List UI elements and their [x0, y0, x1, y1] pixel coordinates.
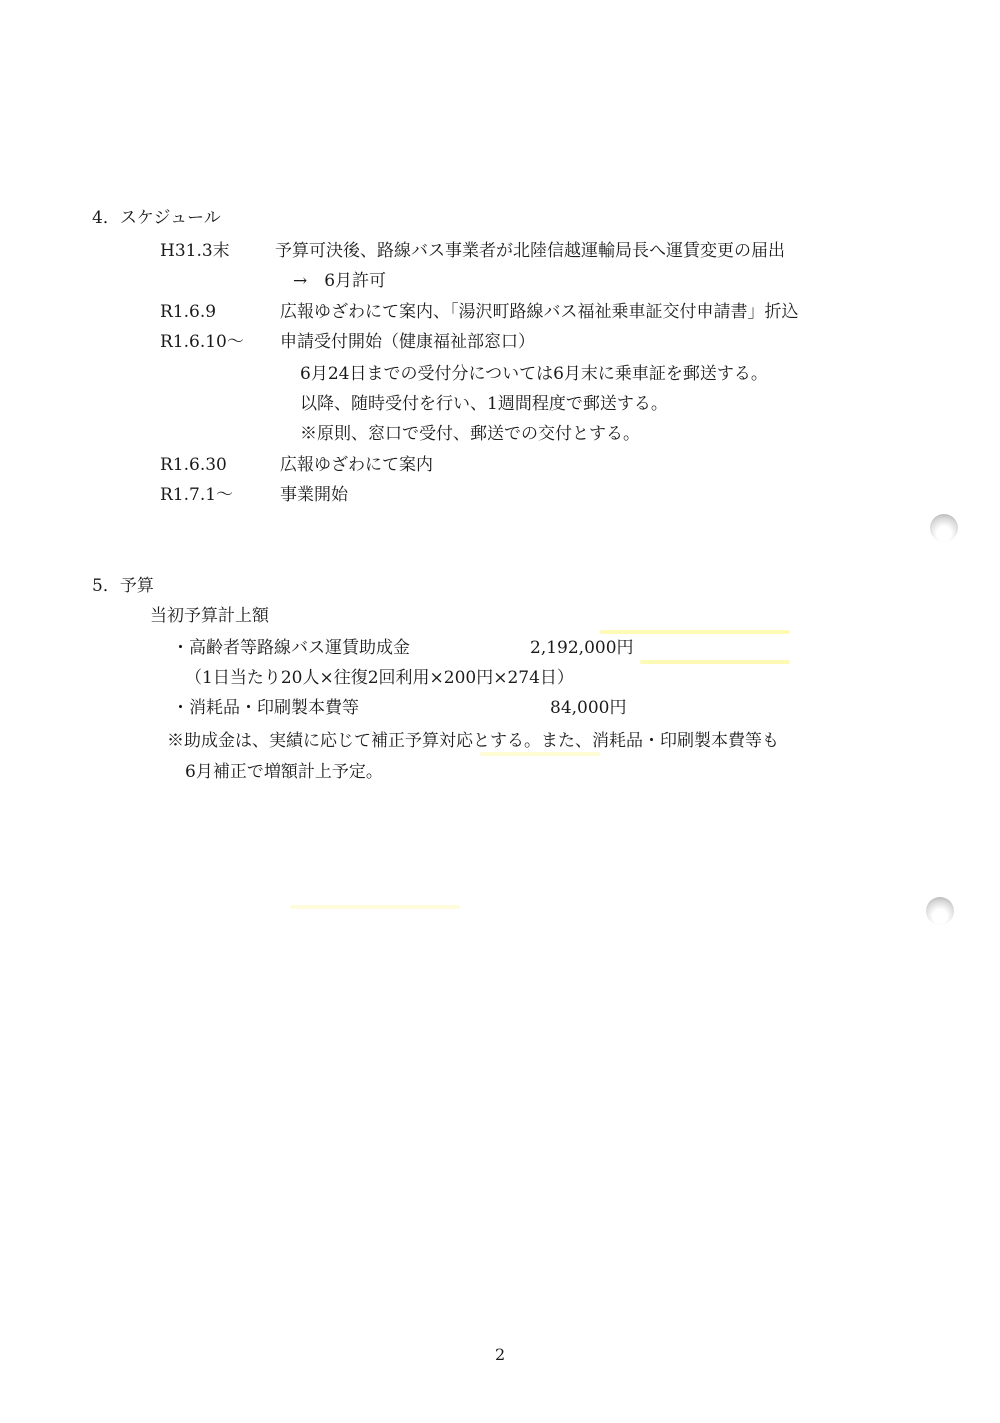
highlighter-mark	[290, 905, 460, 909]
highlighter-mark	[640, 660, 790, 664]
schedule-text: 予算可決後、路線バス事業者が北陸信越運輸局長へ運賃変更の届出	[275, 243, 785, 260]
highlighter-mark	[600, 630, 790, 634]
schedule-date: R1.6.9	[160, 304, 216, 321]
budget-item-amount: 2,192,000円	[530, 640, 634, 657]
budget-item-formula: （1日当たり20人×往復2回利用×200円×274日）	[185, 670, 574, 687]
budget-note: 6月補正で増額計上予定。	[185, 764, 383, 781]
schedule-date: R1.7.1～	[160, 487, 233, 504]
budget-item-amount: 84,000円	[550, 700, 626, 717]
schedule-text: 広報ゆざわにて案内	[280, 457, 433, 474]
budget-item-label: ・消耗品・印刷製本費等	[172, 700, 359, 717]
schedule-text: ※原則、窓口で受付、郵送での交付とする。	[300, 426, 640, 443]
schedule-date: R1.6.30	[160, 457, 227, 474]
punch-hole-icon	[930, 514, 958, 542]
section-4-title: 4．スケジュール	[92, 210, 221, 227]
punch-hole-icon	[926, 897, 954, 925]
schedule-date: H31.3末	[160, 243, 230, 260]
budget-item-label: ・高齢者等路線バス運賃助成金	[172, 640, 410, 657]
schedule-text: 6月24日までの受付分については6月末に乗車証を郵送する。	[300, 366, 768, 383]
schedule-date: R1.6.10～	[160, 334, 244, 351]
budget-subtitle: 当初予算計上額	[150, 608, 269, 625]
schedule-text: 申請受付開始（健康福祉部窓口）	[280, 334, 535, 351]
schedule-text: 広報ゆざわにて案内、「湯沢町路線バス福祉乗車証交付申請書」折込	[280, 304, 799, 321]
budget-note: ※助成金は、実績に応じて補正予算対応とする。また、消耗品・印刷製本費等も	[167, 733, 779, 750]
section-5-title: 5．予算	[92, 578, 154, 595]
schedule-text: 以降、随時受付を行い、1週間程度で郵送する。	[300, 396, 668, 413]
highlighter-mark	[480, 752, 600, 756]
schedule-text: 事業開始	[280, 487, 348, 504]
page-number: 2	[495, 1347, 505, 1363]
schedule-text: → 6月許可	[293, 273, 386, 290]
